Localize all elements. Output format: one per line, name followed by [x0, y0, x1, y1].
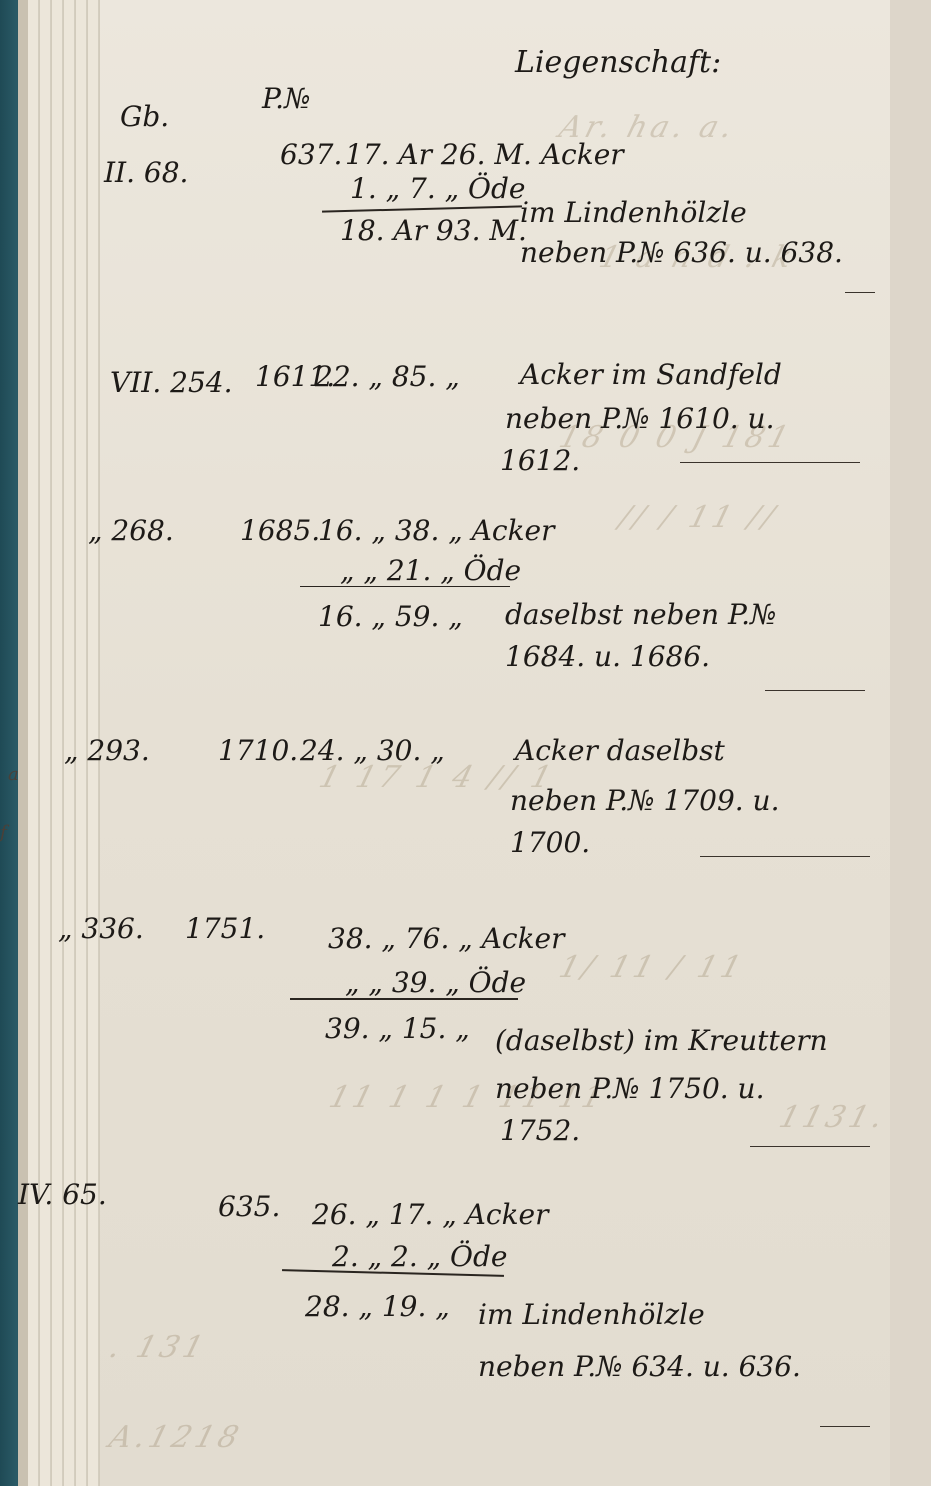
entry-pnr: 637.	[280, 138, 342, 171]
entry-pnr: 1710.	[218, 734, 298, 767]
entry-description: 1684. u. 1686.	[505, 640, 710, 673]
entry-gb: „ 336.	[58, 912, 144, 945]
entry-description: Acker daselbst	[515, 734, 725, 767]
bleed-through-text: . 131	[105, 1330, 211, 1365]
entry-total: 18. Ar 93. M.	[340, 214, 527, 247]
facing-page-edge	[890, 0, 931, 1486]
margin-mark: a	[8, 764, 19, 785]
entry-pnr: 635.	[218, 1190, 280, 1223]
sum-rule	[300, 586, 510, 587]
entry-gb: „ 268.	[88, 514, 174, 547]
entry-gb: „ 293.	[64, 734, 150, 767]
entry-gb: IV. 65.	[18, 1178, 107, 1211]
entry-description: daselbst neben P.№	[505, 598, 777, 631]
entry-total: 24. „ 30. „	[300, 734, 445, 767]
entry-description: Acker im Sandfeld	[520, 358, 782, 391]
entry-line: 38. „ 76. „ Acker	[328, 922, 565, 955]
entry-description: neben P.№ 634. u. 636.	[478, 1350, 801, 1383]
entry-description: im Lindenhölzle	[478, 1298, 705, 1331]
entry-total: 39. „ 15. „	[325, 1012, 470, 1045]
end-dash	[680, 462, 860, 463]
entry-description: 1752.	[500, 1114, 580, 1147]
entry-description: im Lindenhölzle	[520, 196, 747, 229]
entry-description: neben P.№ 1610. u.	[505, 402, 775, 435]
entry-description: 1612.	[500, 444, 580, 477]
bleed-through-text: 1/ 11 / 11	[555, 950, 749, 985]
end-dash	[765, 690, 865, 691]
entry-total: 16. „ 59. „	[318, 600, 463, 633]
property-header: Liegenschaft:	[515, 45, 721, 80]
bleed-through-text: A.1218	[105, 1420, 246, 1455]
sum-rule	[290, 998, 518, 1000]
end-dash	[700, 856, 870, 857]
entry-gb: VII. 254.	[110, 366, 233, 399]
entry-line: 16. „ 38. „ Acker	[318, 514, 555, 547]
entry-line: „ „ 39. „ Öde	[345, 966, 526, 999]
end-dash	[820, 1426, 870, 1427]
end-dash	[750, 1146, 870, 1147]
entry-line: 1. „ 7. „ Öde	[350, 172, 526, 205]
entry-line: 17. Ar 26. M. Acker	[345, 138, 624, 171]
entry-description: neben P.№ 636. u. 638.	[520, 236, 843, 269]
entry-total: 22. „ 85. „	[315, 360, 460, 393]
entry-line: 26. „ 17. „ Acker	[312, 1198, 549, 1231]
entry-description: neben P.№ 1709. u.	[510, 784, 780, 817]
entry-description: neben P.№ 1750. u.	[495, 1072, 765, 1105]
entry-pnr: 1751.	[185, 912, 265, 945]
entry-pnr: 1685.	[240, 514, 320, 547]
cover-edge	[18, 0, 28, 1486]
entry-description: 1700.	[510, 826, 590, 859]
bleed-through-text: // / 11 //	[615, 500, 782, 535]
column-header-gb: Gb.	[120, 100, 169, 133]
bleed-through-text: 1131.	[775, 1100, 890, 1135]
entry-description: (daselbst) im Kreuttern	[495, 1024, 828, 1057]
column-header-pnr: P.№	[262, 82, 311, 115]
entry-total: 28. „ 19. „	[305, 1290, 450, 1323]
margin-mark: f	[0, 822, 7, 843]
end-dash	[845, 292, 875, 293]
entry-line: „ „ 21. „ Öde	[340, 554, 521, 587]
entry-line: 2. „ 2. „ Öde	[332, 1240, 508, 1273]
entry-gb: II. 68.	[104, 156, 188, 189]
